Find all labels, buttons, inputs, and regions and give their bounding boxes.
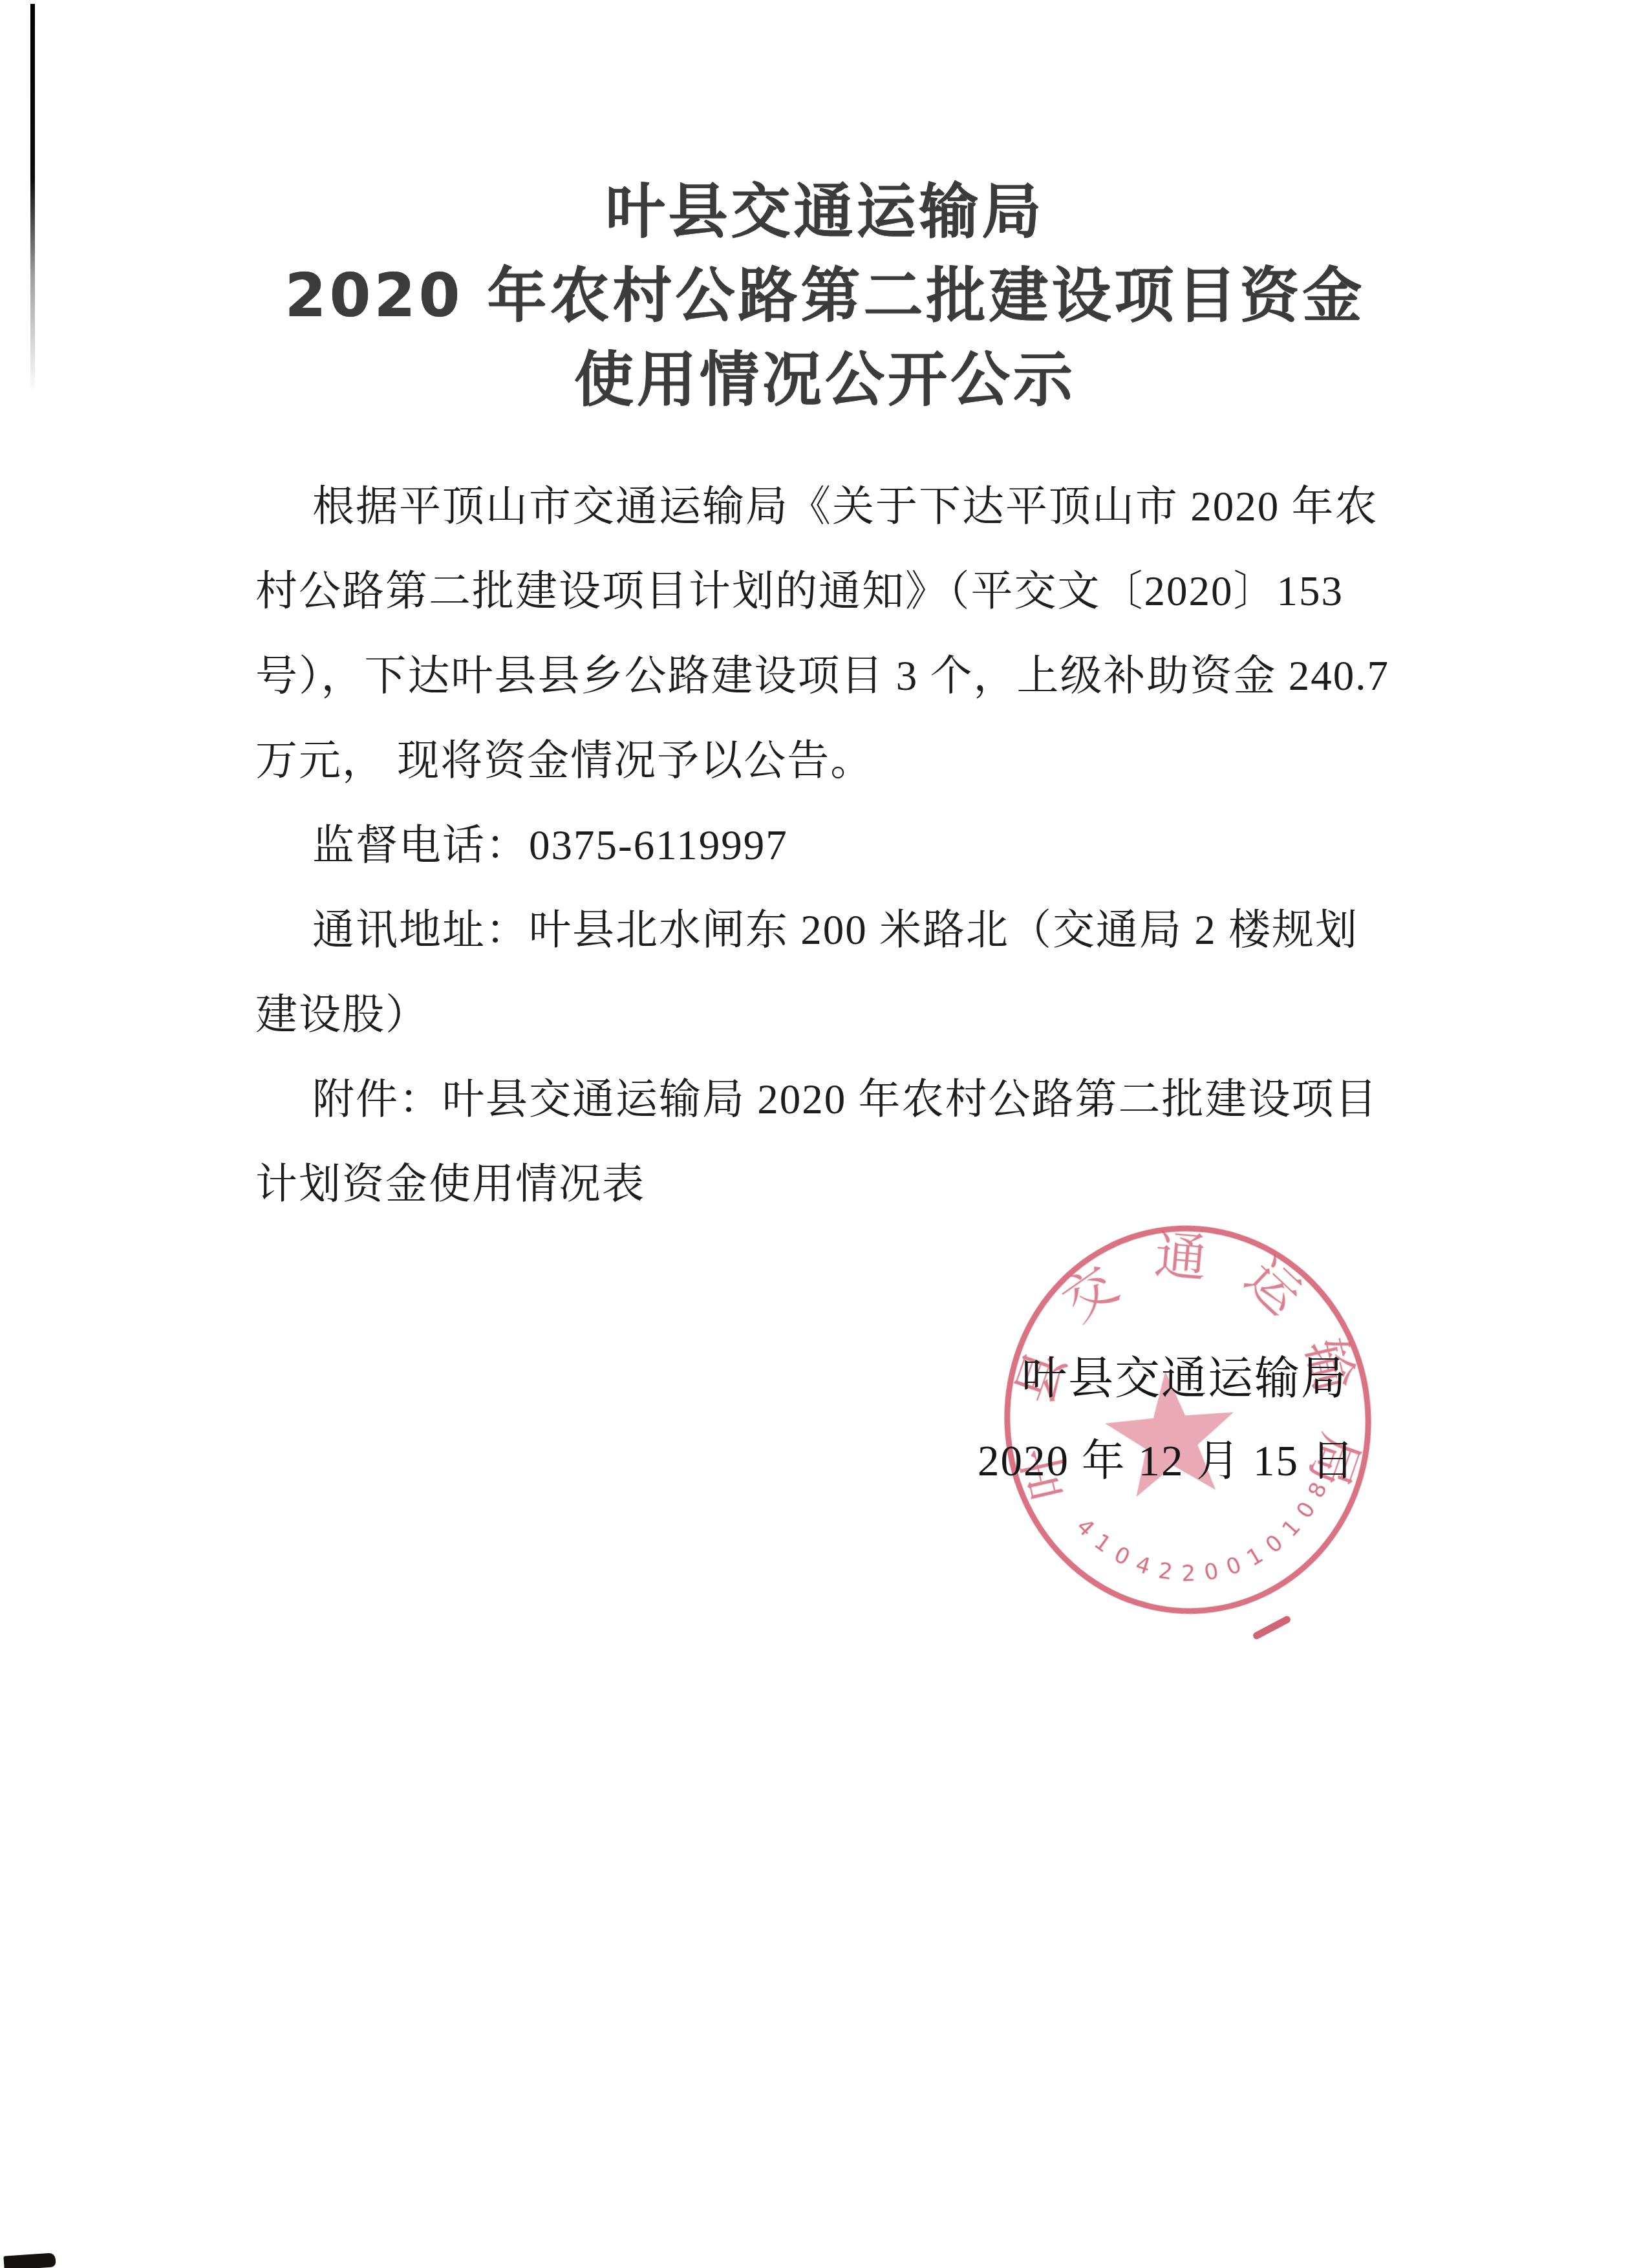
- body-line: 根据平顶山市交通运输局《关于下达平顶山市 2020 年农: [312, 477, 1378, 537]
- doc-title-line-1: 叶县交通运输局: [0, 176, 1650, 248]
- scan-artifact-mark: [3, 2252, 56, 2268]
- official-seal-stamp: 叶县交通运输局 4104220010108: [976, 1197, 1398, 1643]
- document-page: 叶县交通运输局 2020 年农村公路第二批建设项目资金 使用情况公开公示 根据平…: [0, 0, 1650, 2268]
- contact-address-line-2: 建设股）: [255, 985, 429, 1045]
- body-line: 村公路第二批建设项目计划的通知》（平交文〔2020〕153: [255, 562, 1344, 621]
- doc-title-line-3: 使用情况公开公示: [0, 344, 1650, 416]
- body-line: 号），下达叶县县乡公路建设项目 3 个，上级补助资金 240.7: [255, 647, 1389, 706]
- doc-title-line-2: 2020 年农村公路第二批建设项目资金: [0, 260, 1650, 332]
- contact-address-line: 通讯地址：叶县北水闸东 200 米路北（交通局 2 楼规划: [312, 901, 1358, 960]
- supervision-phone-line: 监督电话：0375-6119997: [312, 816, 788, 875]
- body-line: 万元， 现将资金情况予以公告。: [255, 731, 873, 791]
- attachment-line: 附件：叶县交通运输局 2020 年农村公路第二批建设项目: [312, 1070, 1378, 1129]
- attachment-line-2: 计划资金使用情况表: [255, 1155, 645, 1214]
- signature-organization: 叶县交通运输局: [1022, 1342, 1347, 1407]
- signature-date: 2020 年 12 月 15 日: [978, 1426, 1356, 1488]
